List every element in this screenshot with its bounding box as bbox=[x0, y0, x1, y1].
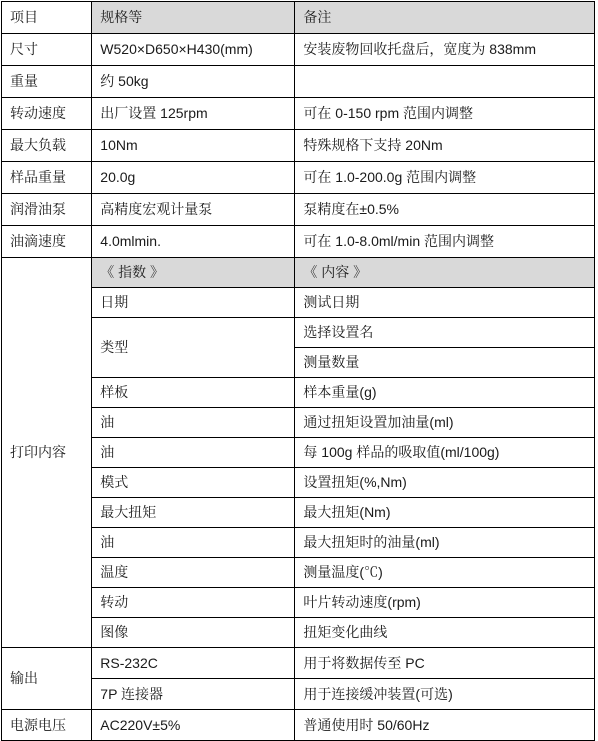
print-content: 通过扭矩设置加油量(ml) bbox=[295, 408, 595, 438]
print-index: 样板 bbox=[92, 378, 295, 408]
spec-note: 普通使用时 50/60Hz bbox=[295, 710, 595, 741]
print-index: 类型 bbox=[92, 318, 295, 378]
spec-item-label: 最大负载 bbox=[2, 130, 92, 162]
print-subheader-row: 打印内容 《 指数 》 《 内容 》 bbox=[2, 258, 595, 288]
spec-note: 可在 1.0-8.0ml/min 范围内调整 bbox=[295, 226, 595, 258]
spec-note: 安装废物回收托盘后，宽度为 838mm bbox=[295, 34, 595, 66]
spec-item-label: 润滑油泵 bbox=[2, 194, 92, 226]
print-content: 叶片转动速度(rpm) bbox=[295, 588, 595, 618]
print-subheader-content: 《 内容 》 bbox=[295, 258, 595, 288]
print-content: 样本重量(g) bbox=[295, 378, 595, 408]
spec-table: 项目 规格等 备注 尺寸 W520×D650×H430(mm) 安装废物回收托盘… bbox=[1, 1, 595, 741]
print-index: 图像 bbox=[92, 618, 295, 648]
print-content: 测量温度(℃) bbox=[295, 558, 595, 588]
print-content: 扭矩变化曲线 bbox=[295, 618, 595, 648]
spec-value: W520×D650×H430(mm) bbox=[92, 34, 295, 66]
print-index: 最大扭矩 bbox=[92, 498, 295, 528]
spec-row-power-voltage: 电源电压 AC220V±5% 普通使用时 50/60Hz bbox=[2, 710, 595, 741]
print-content: 测量数量 bbox=[295, 348, 595, 378]
spec-note: 特殊规格下支持 20Nm bbox=[295, 130, 595, 162]
spec-value: 10Nm bbox=[92, 130, 295, 162]
spec-item-label: 油滴速度 bbox=[2, 226, 92, 258]
print-index: 油 bbox=[92, 438, 295, 468]
spec-value: 出厂设置 125rpm bbox=[92, 98, 295, 130]
print-index: 温度 bbox=[92, 558, 295, 588]
print-index: 日期 bbox=[92, 288, 295, 318]
spec-sheet-page: 项目 规格等 备注 尺寸 W520×D650×H430(mm) 安装废物回收托盘… bbox=[0, 0, 598, 741]
output-note: 用于连接缓冲装置(可选) bbox=[295, 679, 595, 710]
spec-note bbox=[295, 66, 595, 98]
output-spec: 7P 连接器 bbox=[92, 679, 295, 710]
spec-row-rotation-speed: 转动速度 出厂设置 125rpm 可在 0-150 rpm 范围内调整 bbox=[2, 98, 595, 130]
print-content: 最大扭矩(Nm) bbox=[295, 498, 595, 528]
spec-value: 约 50kg bbox=[92, 66, 295, 98]
print-section-label: 打印内容 bbox=[2, 258, 92, 648]
print-index: 转动 bbox=[92, 588, 295, 618]
spec-value: 4.0mlmin. bbox=[92, 226, 295, 258]
spec-item-label: 转动速度 bbox=[2, 98, 92, 130]
print-index: 油 bbox=[92, 528, 295, 558]
spec-note: 可在 1.0-200.0g 范围内调整 bbox=[295, 162, 595, 194]
spec-value: 20.0g bbox=[92, 162, 295, 194]
spec-item-label: 尺寸 bbox=[2, 34, 92, 66]
print-content: 设置扭矩(%,Nm) bbox=[295, 468, 595, 498]
spec-note: 可在 0-150 rpm 范围内调整 bbox=[295, 98, 595, 130]
spec-item-label: 样品重量 bbox=[2, 162, 92, 194]
spec-item-label: 电源电压 bbox=[2, 710, 92, 741]
spec-item-label: 重量 bbox=[2, 66, 92, 98]
output-spec: RS-232C bbox=[92, 648, 295, 679]
spec-value: 高精度宏观计量泵 bbox=[92, 194, 295, 226]
spec-value: AC220V±5% bbox=[92, 710, 295, 741]
print-index: 油 bbox=[92, 408, 295, 438]
spec-row-sample-weight: 样品重量 20.0g 可在 1.0-200.0g 范围内调整 bbox=[2, 162, 595, 194]
print-content: 选择设置名 bbox=[295, 318, 595, 348]
print-content: 最大扭矩时的油量(ml) bbox=[295, 528, 595, 558]
spec-row-max-load: 最大负载 10Nm 特殊规格下支持 20Nm bbox=[2, 130, 595, 162]
print-content: 测试日期 bbox=[295, 288, 595, 318]
spec-note: 泵精度在±0.5% bbox=[295, 194, 595, 226]
table-header-row: 项目 规格等 备注 bbox=[2, 2, 595, 34]
print-subheader-index: 《 指数 》 bbox=[92, 258, 295, 288]
output-section-label: 输出 bbox=[2, 648, 92, 710]
output-row-rs232c: 输出 RS-232C 用于将数据传至 PC bbox=[2, 648, 595, 679]
spec-row-oil-pump: 润滑油泵 高精度宏观计量泵 泵精度在±0.5% bbox=[2, 194, 595, 226]
print-index: 模式 bbox=[92, 468, 295, 498]
header-cell-item: 项目 bbox=[2, 2, 92, 34]
spec-row-dimensions: 尺寸 W520×D650×H430(mm) 安装废物回收托盘后，宽度为 838m… bbox=[2, 34, 595, 66]
spec-row-weight: 重量 约 50kg bbox=[2, 66, 595, 98]
print-content: 每 100g 样品的吸取值(ml/100g) bbox=[295, 438, 595, 468]
output-note: 用于将数据传至 PC bbox=[295, 648, 595, 679]
header-cell-spec: 规格等 bbox=[92, 2, 295, 34]
header-cell-note: 备注 bbox=[295, 2, 595, 34]
spec-row-oil-drip-speed: 油滴速度 4.0mlmin. 可在 1.0-8.0ml/min 范围内调整 bbox=[2, 226, 595, 258]
